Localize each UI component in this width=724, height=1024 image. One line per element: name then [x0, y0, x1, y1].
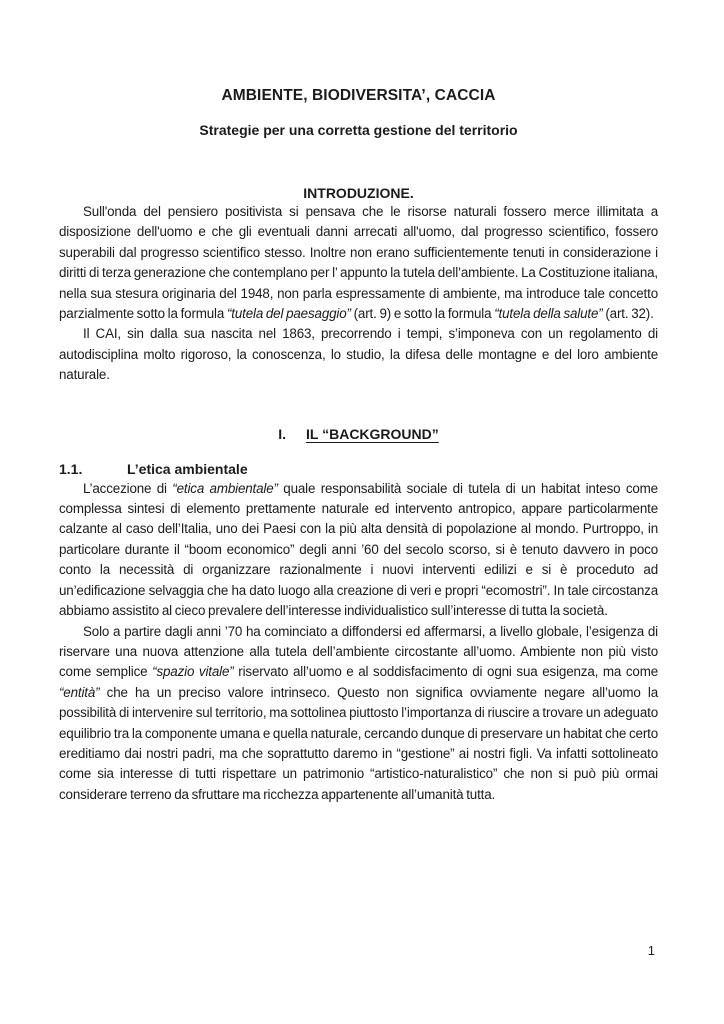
text-run: (art. 9) e sotto la formula: [351, 306, 494, 321]
document-title: AMBIENTE, BIODIVERSITA’, CACCIA: [59, 86, 658, 105]
italic-text-run: “entità”: [59, 685, 99, 700]
text-run: che ha un preciso valore intrinseco. Que…: [59, 685, 658, 802]
italic-text-run: “spazio vitale”: [152, 664, 233, 679]
italic-text-run: “tutela del paesaggio”: [227, 306, 351, 321]
section-heading: I.IL “BACKGROUND”: [59, 425, 658, 444]
text-run: L’accezione di: [83, 481, 172, 496]
paragraph-etica-ambientale: L’accezione di “etica ambientale” quale …: [59, 479, 658, 622]
text-run: quale responsabilità sociale di tutela d…: [59, 481, 658, 618]
text-run: Il CAI, sin dalla sua nascita nel 1863, …: [59, 326, 658, 382]
paragraph-cai: Il CAI, sin dalla sua nascita nel 1863, …: [59, 324, 658, 385]
section-numeral: I.: [278, 426, 286, 442]
italic-text-run: “etica ambientale”: [172, 481, 278, 496]
section-title: IL “BACKGROUND”: [306, 426, 439, 442]
text-run: (art. 32).: [603, 306, 654, 321]
subsection-heading: 1.1.L’etica ambientale: [59, 460, 658, 479]
text-run: Sull'onda del pensiero positivista si pe…: [59, 204, 658, 321]
text-run: riservato all’uomo e al soddisfacimento …: [234, 664, 658, 679]
document-page: AMBIENTE, BIODIVERSITA’, CACCIA Strategi…: [0, 0, 724, 1024]
subsection-title: L’etica ambientale: [127, 461, 248, 477]
introduction-heading: INTRODUZIONE.: [59, 184, 658, 202]
paragraph-anni-settanta: Solo a partire dagli anni ’70 ha cominci…: [59, 622, 658, 806]
italic-text-run: “tutela della salute”: [494, 306, 602, 321]
paragraph-pensiero-positivista: Sull'onda del pensiero positivista si pe…: [59, 202, 658, 324]
document-subtitle: Strategie per una corretta gestione del …: [59, 121, 658, 139]
page-number: 1: [648, 943, 655, 958]
subsection-number: 1.1.: [59, 460, 127, 479]
